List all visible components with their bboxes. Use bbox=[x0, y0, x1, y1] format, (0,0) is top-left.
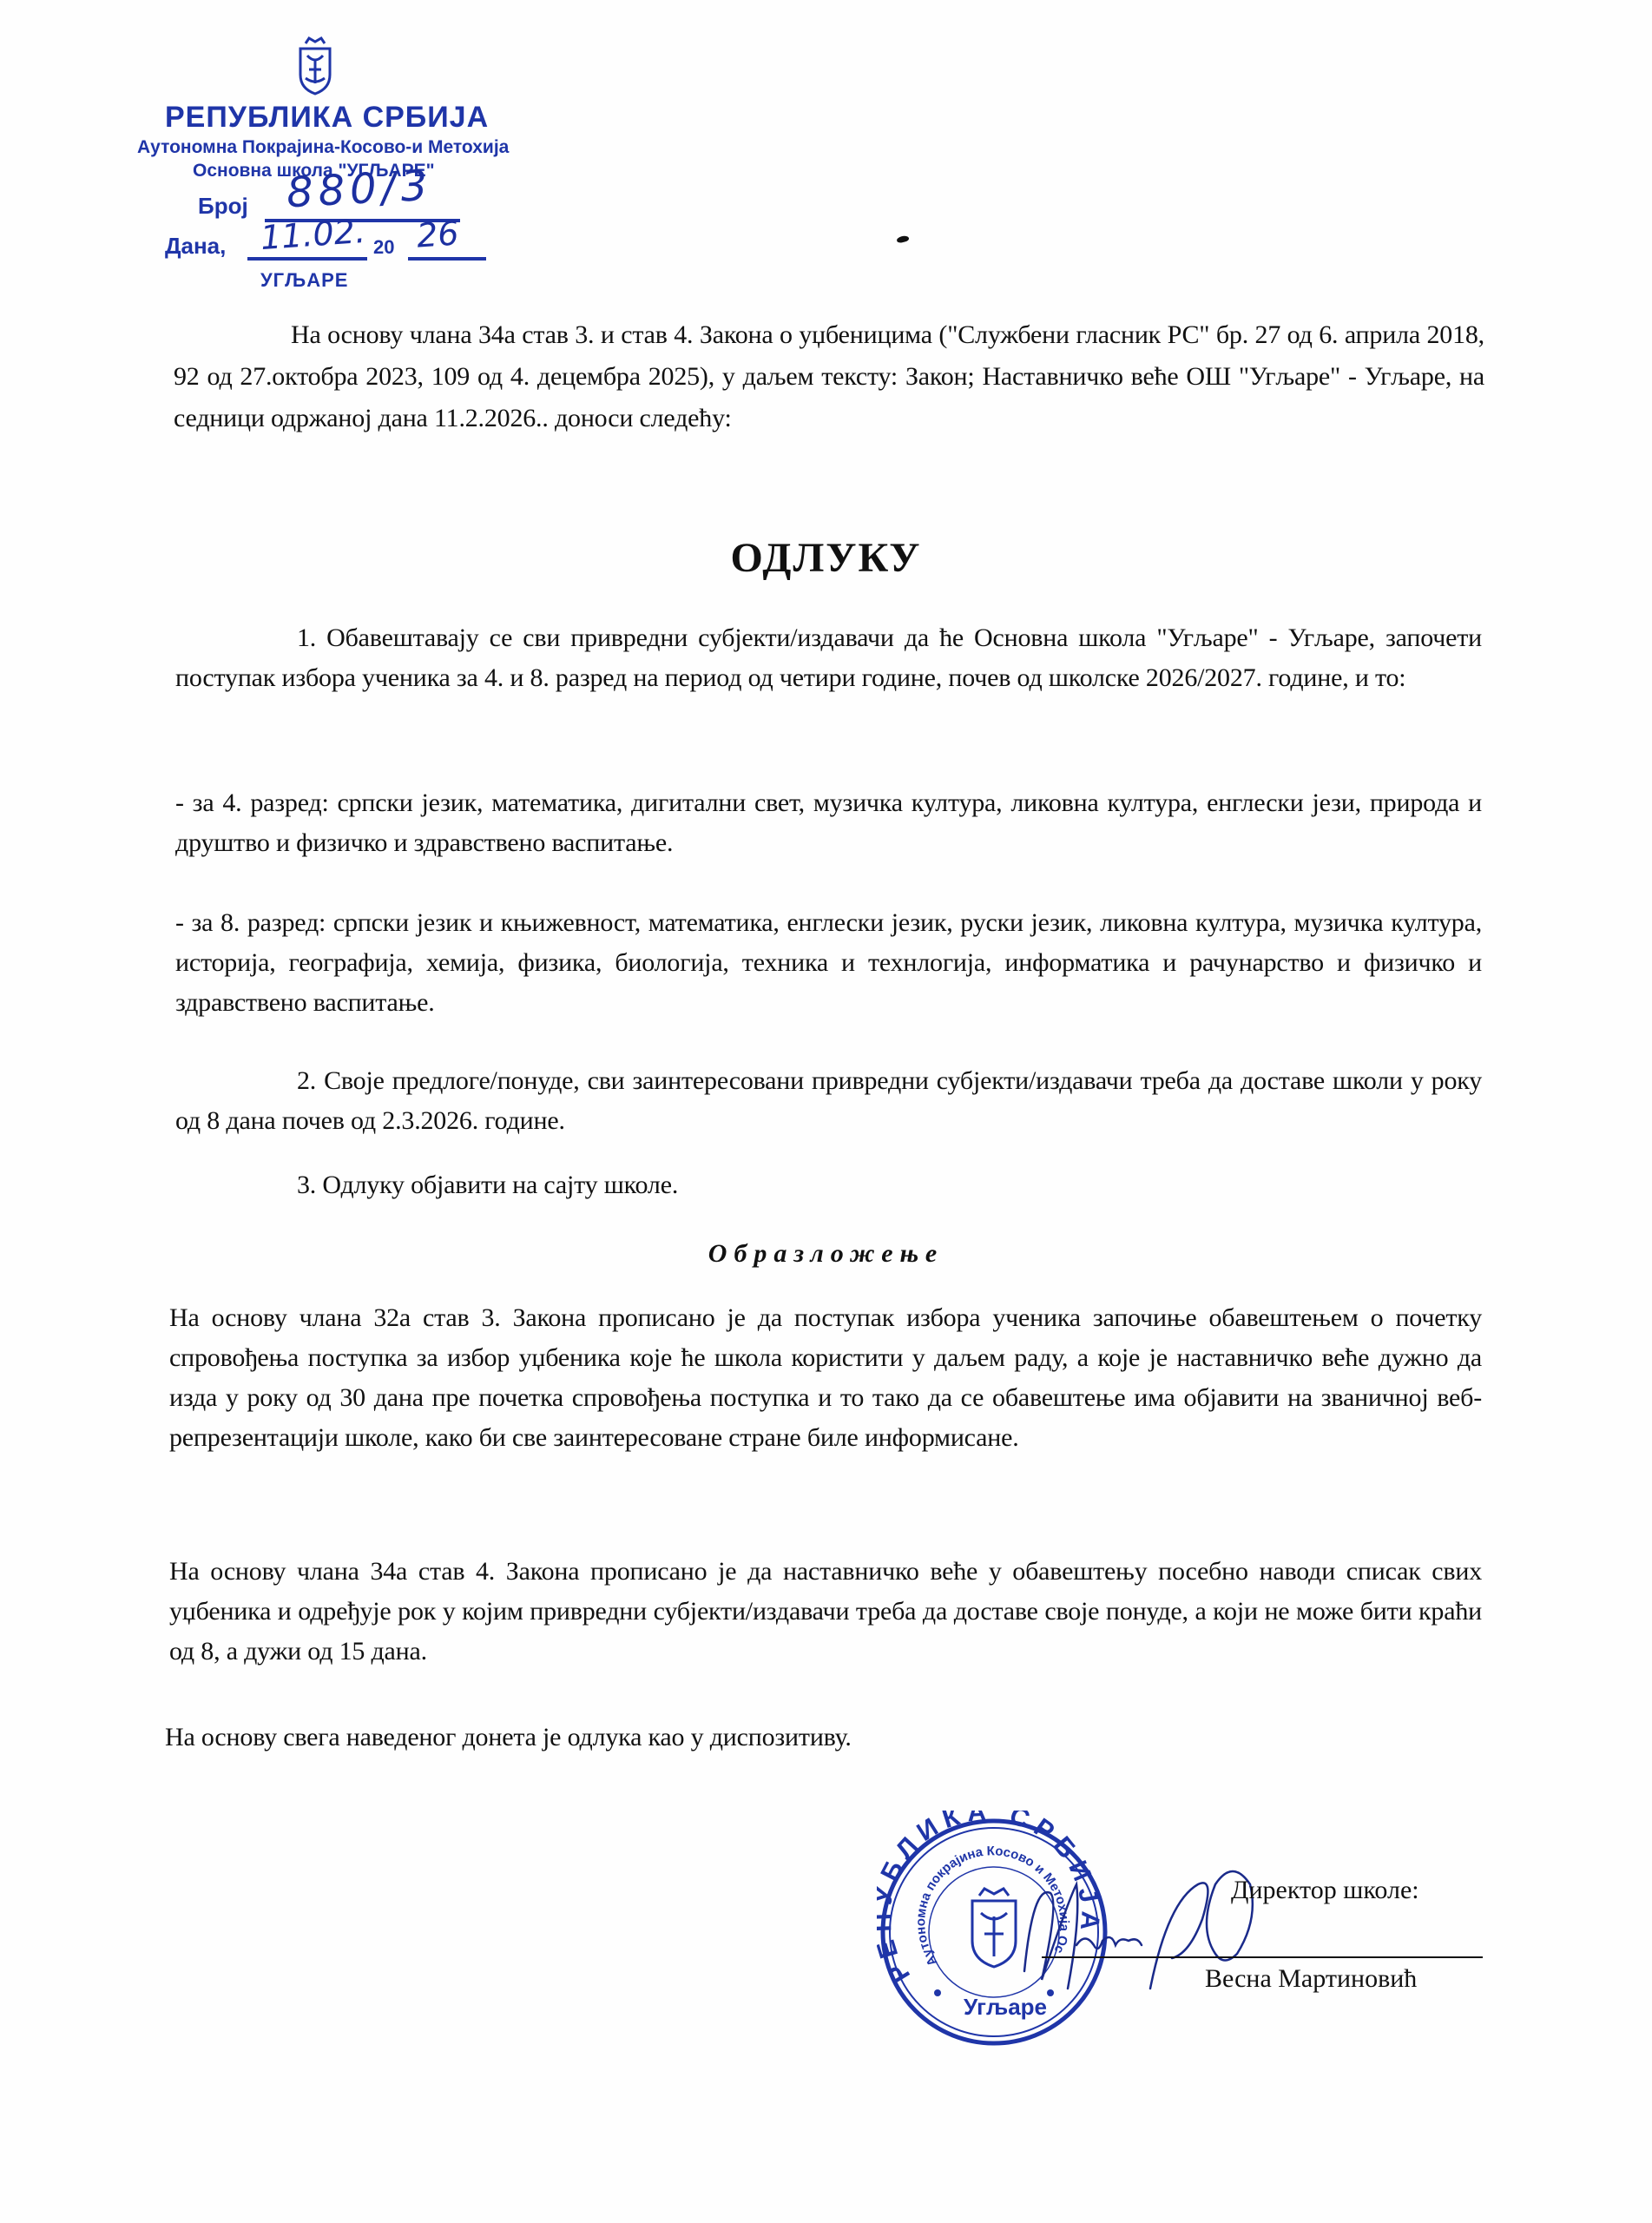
decision-item-1: 1. Обавештавају се сви привредни субјект… bbox=[175, 618, 1482, 698]
serbian-coat-of-arms-icon bbox=[293, 35, 337, 96]
stamp-province: Аутономна Покрајина-Косово-и Метохија bbox=[137, 137, 509, 158]
stamp-number-value: 880/3 bbox=[286, 162, 434, 218]
stamp-date-value: 11.02. bbox=[260, 212, 367, 257]
intro-paragraph: На основу члана 34а став 3. и став 4. За… bbox=[174, 314, 1484, 439]
document-title: ОДЛУКУ bbox=[0, 534, 1652, 582]
stamp-year-prefix: 20 bbox=[373, 236, 394, 259]
decision-item-3: 3. Одлуку објавити на сајту школе. bbox=[175, 1165, 1482, 1205]
stamp-date-label: Дана, bbox=[165, 233, 226, 260]
reasoning-title: Образложење bbox=[0, 1239, 1652, 1269]
stamp-country: РЕПУБЛИКА СРБИЈА bbox=[165, 101, 489, 135]
stamp-number-label: Број bbox=[198, 193, 248, 220]
reasoning-paragraph-2: На основу члана 34а став 4. Закона пропи… bbox=[169, 1552, 1482, 1672]
decision-grade-8-list: - за 8. разред: српски језик и књижевнос… bbox=[175, 903, 1482, 1023]
header-stamp: РЕПУБЛИКА СРБИЈА Аутономна Покрајина-Кос… bbox=[122, 35, 521, 287]
seal-crest-icon bbox=[972, 1889, 1016, 1967]
reasoning-paragraph-3: На основу свега наведеног донета је одлу… bbox=[165, 1718, 1478, 1758]
reasoning-paragraph-1: На основу члана 32а став 3. Закона пропи… bbox=[169, 1298, 1482, 1458]
stamp-year-underline bbox=[408, 257, 486, 261]
decision-item-2: 2. Своје предлоге/понуде, сви заинтересо… bbox=[175, 1061, 1482, 1141]
stamp-place: УГЉАРЕ bbox=[260, 269, 348, 292]
signature-line bbox=[1042, 1956, 1483, 1958]
stamp-year-suffix: 26 bbox=[416, 214, 460, 254]
signatory-name: Весна Мартиновић bbox=[1205, 1964, 1417, 1994]
signature-title: Директор школе: bbox=[1231, 1876, 1419, 1905]
stamp-date-underline bbox=[247, 257, 367, 261]
decision-grade-4-list: - за 4. разред: српски језик, математика… bbox=[175, 783, 1482, 863]
intro-line-1: На основу члана 34а став 3. и став 4. За… bbox=[291, 320, 1280, 349]
document-page: РЕПУБЛИКА СРБИЈА Аутономна Покрајина-Кос… bbox=[0, 0, 1652, 2223]
seal-bottom-text: Угљаре bbox=[964, 1994, 1047, 2020]
scan-speck bbox=[896, 234, 909, 243]
